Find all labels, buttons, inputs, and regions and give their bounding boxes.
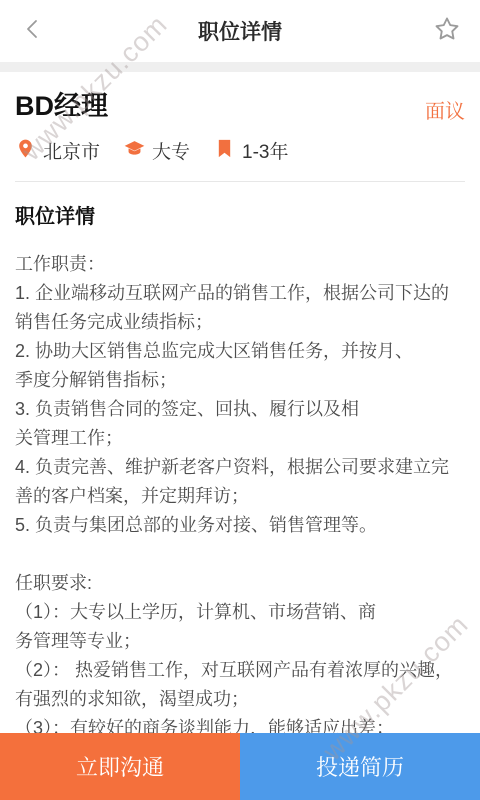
description-line: 务管理等专业； bbox=[15, 627, 465, 656]
job-description: 工作职责：1. 企业端移动互联网产品的销售工作，根据公司下达的销售任务完成业绩指… bbox=[15, 250, 465, 743]
description-line: 季度分解销售指标； bbox=[15, 366, 465, 395]
experience-label: 1-3年 bbox=[242, 137, 288, 164]
description-line: 工作职责： bbox=[15, 250, 465, 279]
header-divider-band bbox=[0, 62, 480, 72]
graduation-cap-icon bbox=[124, 138, 152, 164]
apply-resume-button[interactable]: 投递简历 bbox=[240, 733, 480, 800]
description-line: 善的客户档案，并定期拜访； bbox=[15, 482, 465, 511]
job-details-section: 职位详情 工作职责：1. 企业端移动互联网产品的销售工作，根据公司下达的销售任务… bbox=[0, 182, 480, 743]
section-title: 职位详情 bbox=[15, 200, 465, 229]
meta-experience: 1-3年 bbox=[214, 137, 288, 164]
description-line: 销售任务完成业绩指标； bbox=[15, 308, 465, 337]
description-line: 5. 负责与集团总部的业务对接、销售管理等。 bbox=[15, 511, 465, 540]
description-line: （1）：大专以上学历，计算机、市场营销、商 bbox=[15, 598, 465, 627]
job-summary: BD经理 面议 北京市 大专 1-3年 bbox=[0, 72, 480, 164]
location-label: 北京市 bbox=[43, 137, 100, 164]
header: 职位详情 bbox=[0, 0, 480, 62]
meta-education: 大专 bbox=[124, 137, 190, 164]
description-line: 任职要求: bbox=[15, 569, 465, 598]
favorite-button[interactable] bbox=[430, 14, 464, 48]
chevron-left-icon bbox=[21, 17, 45, 46]
description-line: 3. 负责销售合同的签定、回执、履行以及相 bbox=[15, 395, 465, 424]
description-line: （2）： 热爱销售工作，对互联网产品有着浓厚的兴趣， bbox=[15, 656, 465, 685]
description-line: 2. 协助大区销售总监完成大区销售任务，并按月、 bbox=[15, 337, 465, 366]
job-detail-screen: 职位详情 BD经理 面议 北京市 bbox=[0, 0, 480, 800]
job-title: BD经理 bbox=[15, 88, 108, 124]
meta-location: 北京市 bbox=[15, 137, 100, 164]
bookmark-icon bbox=[214, 138, 242, 164]
job-meta-row: 北京市 大专 1-3年 bbox=[15, 137, 465, 164]
salary-negotiable: 面议 bbox=[425, 95, 465, 124]
back-button[interactable] bbox=[16, 14, 50, 48]
description-line bbox=[15, 540, 465, 569]
description-line: 有强烈的求知欲，渴望成功； bbox=[15, 685, 465, 714]
education-label: 大专 bbox=[152, 137, 190, 164]
page-title: 职位详情 bbox=[0, 16, 480, 46]
star-outline-icon bbox=[432, 14, 462, 49]
chat-now-button[interactable]: 立即沟通 bbox=[0, 733, 240, 800]
footer-action-bar: 立即沟通 投递简历 bbox=[0, 733, 480, 800]
map-pin-icon bbox=[15, 138, 43, 164]
description-line: 1. 企业端移动互联网产品的销售工作，根据公司下达的 bbox=[15, 279, 465, 308]
description-line: 4. 负责完善、维护新老客户资料，根据公司要求建立完 bbox=[15, 453, 465, 482]
description-line: 关管理工作； bbox=[15, 424, 465, 453]
